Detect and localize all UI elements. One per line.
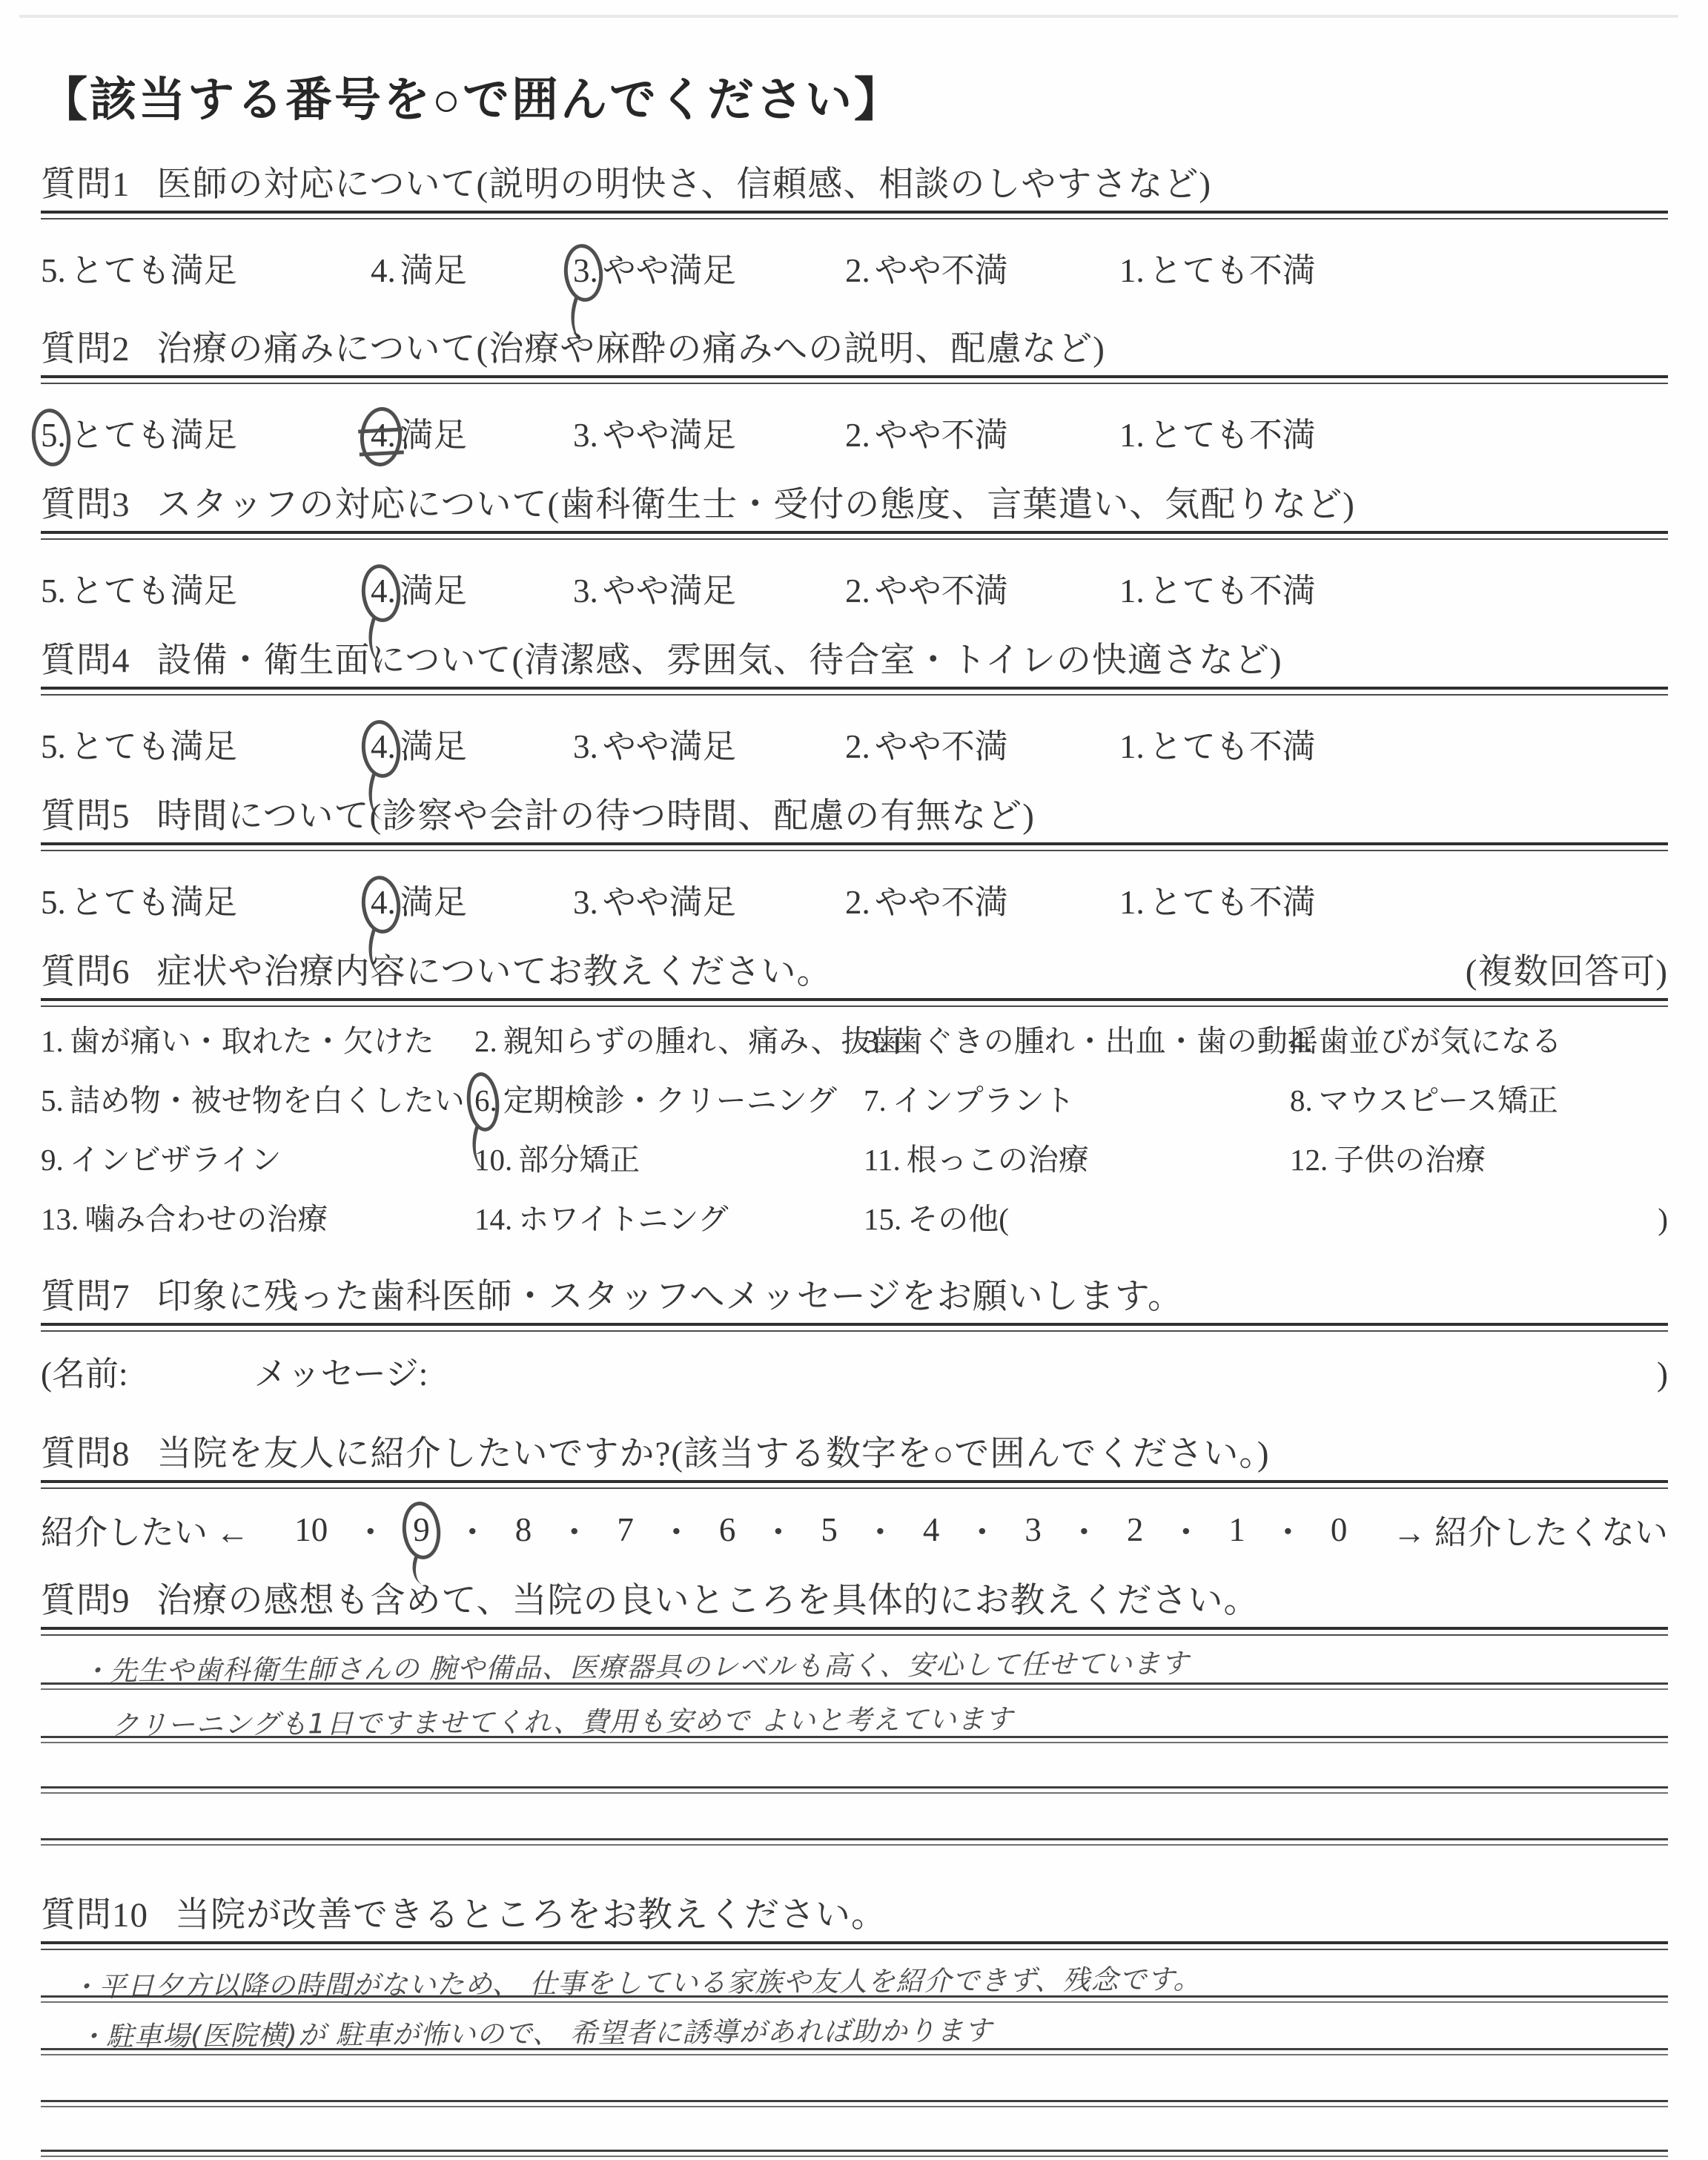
question-block-6: 質問6 症状や治療内容についてお教えください。 (複数回答可) 1.歯が痛い・取… bbox=[41, 952, 1668, 1235]
option-label: 詰め物・被せ物を白くしたい bbox=[70, 1083, 465, 1117]
divider-line bbox=[41, 1627, 1668, 1636]
question-header: 質問9 治療の感想も含めて、当院の良いところを具体的にお教えください。 bbox=[41, 1581, 1668, 1621]
option-very-satisfied: 5.とても満足 bbox=[41, 719, 237, 767]
option-number: 1. bbox=[1119, 883, 1145, 922]
option-number: 6. bbox=[474, 1084, 497, 1117]
answer-options-row: 5.とても満足 4.満足 3.やや満足 2.やや不満 1.とても不満 bbox=[41, 865, 1668, 939]
option-label: とても満足 bbox=[70, 252, 237, 289]
option-number: 2. bbox=[845, 251, 870, 290]
option-label: やや不満 bbox=[875, 572, 1008, 610]
option-number: 5. bbox=[41, 251, 66, 290]
option-satisfied: 4.満足 bbox=[371, 875, 467, 923]
option-number: 2. bbox=[845, 883, 870, 922]
question-header: 質問2 治療の痛みについて(治療や麻酔の痛みへの説明、配慮など) bbox=[41, 329, 1668, 369]
option-number: 5. bbox=[41, 416, 66, 455]
other-close-paren: ) bbox=[1658, 1203, 1668, 1235]
writing-line bbox=[41, 2150, 1668, 2157]
symptom-option: 5.詰め物・被せ物を白くしたい bbox=[41, 1084, 474, 1117]
option-satisfied: 4.満足 bbox=[371, 719, 467, 767]
option-very-dissatisfied: 1.とても不満 bbox=[1119, 719, 1316, 767]
symptom-option: 6.定期検診・クリーニング bbox=[474, 1084, 864, 1117]
option-very-dissatisfied: 1.とても不満 bbox=[1119, 564, 1316, 612]
answer-options-row: 5.とても満足 4.満足 3.やや満足 2.やや不満 1.とても不満 bbox=[41, 233, 1668, 307]
question-label: 質問2 bbox=[41, 329, 130, 369]
option-very-satisfied: 5.とても満足 bbox=[41, 564, 237, 612]
question-header: 質問8 当院を友人に紹介したいですか?(該当する数字を○で囲んでください。) bbox=[41, 1434, 1668, 1474]
scale-separator: ・ bbox=[1271, 1505, 1305, 1553]
scale-number: 1 bbox=[1228, 1510, 1245, 1549]
question-label: 質問3 bbox=[41, 485, 130, 525]
scale-separator: ・ bbox=[965, 1505, 999, 1553]
writing-line bbox=[41, 2048, 1668, 2055]
symptom-option: 9.インビザライン bbox=[41, 1143, 474, 1176]
option-number: 1. bbox=[1119, 251, 1145, 290]
question-block-5: 質問5 時間について(診察や会計の待つ時間、配慮の有無など) 5.とても満足 4… bbox=[41, 796, 1668, 939]
option-somewhat-dissatisfied: 2.やや不満 bbox=[845, 243, 1008, 291]
option-number: 13. bbox=[41, 1203, 79, 1235]
question-block-10: 質問10 当院が改善できるところをお教えください。 ・平日夕方以降の時間がないた… bbox=[41, 1895, 1668, 2160]
close-paren: ) bbox=[1657, 1355, 1668, 1393]
question-title: 治療の痛みについて(治療や麻酔の痛みへの説明、配慮など) bbox=[157, 329, 1105, 369]
option-label: 歯が痛い・取れた・欠けた bbox=[70, 1024, 434, 1058]
scale-number: 2 bbox=[1127, 1510, 1144, 1549]
symptom-option: 8.マウスピース矯正 bbox=[1290, 1084, 1668, 1117]
recommend-scale: 10・ 9・ 8・ 7・ 6・ 5・ 4・ 3・ 2・ 1・ 0 bbox=[268, 1505, 1373, 1553]
option-number: 2. bbox=[845, 572, 870, 610]
writing-line bbox=[41, 1995, 1668, 2003]
option-label: とても不満 bbox=[1149, 417, 1316, 454]
scale-number: 4 bbox=[923, 1510, 940, 1549]
option-number: 4. bbox=[371, 727, 396, 766]
question-title: 当院を友人に紹介したいですか?(該当する数字を○で囲んでください。) bbox=[157, 1434, 1270, 1474]
option-label: 噛み合わせの治療 bbox=[85, 1202, 328, 1236]
writing-line bbox=[41, 2100, 1668, 2107]
option-label: やや不満 bbox=[875, 884, 1008, 921]
multi-answer-note: (複数回答可) bbox=[1466, 952, 1668, 992]
question-block-9: 質問9 治療の感想も含めて、当院の良いところを具体的にお教えください。 ・先生や… bbox=[41, 1581, 1668, 1858]
divider-line bbox=[41, 1323, 1668, 1332]
question-title: 医師の対応について(説明の明快さ、信頼感、相談のしやすさなど) bbox=[157, 165, 1211, 205]
symptom-option: 10.部分矯正 bbox=[474, 1143, 864, 1176]
option-number: 4. bbox=[371, 416, 396, 455]
option-label: 満足 bbox=[400, 252, 467, 289]
question-label: 質問8 bbox=[41, 1434, 130, 1474]
question-block-8: 質問8 当院を友人に紹介したいですか?(該当する数字を○で囲んでください。) 紹… bbox=[41, 1434, 1668, 1553]
question-block-7: 質問7 印象に残った歯科医師・スタッフへメッセージをお願いします。 (名前: メ… bbox=[41, 1277, 1668, 1395]
divider-line bbox=[41, 531, 1668, 540]
symptom-option-other: 15.その他() bbox=[864, 1203, 1668, 1235]
writing-line bbox=[41, 1786, 1668, 1794]
symptom-options-grid: 1.歯が痛い・取れた・欠けた 2.親知らずの腫れ、痛み、抜歯 3.歯ぐきの腫れ・… bbox=[41, 1025, 1668, 1235]
option-very-satisfied: 5.とても満足 bbox=[41, 243, 237, 291]
option-label: やや不満 bbox=[875, 417, 1008, 454]
option-label: 根っこの治療 bbox=[907, 1143, 1089, 1177]
scale-separator: ・ bbox=[354, 1505, 387, 1553]
option-number: 5. bbox=[41, 883, 66, 922]
option-number: 3. bbox=[573, 416, 598, 455]
option-label: とても不満 bbox=[1149, 252, 1316, 289]
question-block-4: 質問4 設備・衛生面について(清潔感、雰囲気、待合室・トイレの快適さなど) 5.… bbox=[41, 641, 1668, 783]
symptom-option: 1.歯が痛い・取れた・欠けた bbox=[41, 1025, 474, 1057]
option-number: 11. bbox=[864, 1143, 901, 1176]
option-label: とても満足 bbox=[70, 417, 237, 454]
scale-number: 6 bbox=[719, 1510, 736, 1549]
question-header: 質問4 設備・衛生面について(清潔感、雰囲気、待合室・トイレの快適さなど) bbox=[41, 641, 1668, 681]
option-label: その他( bbox=[907, 1202, 1009, 1236]
scale-number: 9 bbox=[413, 1510, 430, 1549]
option-number: 8. bbox=[1290, 1084, 1313, 1117]
option-somewhat-dissatisfied: 2.やや不満 bbox=[845, 875, 1008, 923]
question-title: 設備・衛生面について(清潔感、雰囲気、待合室・トイレの快適さなど) bbox=[157, 641, 1282, 681]
question-title: 印象に残った歯科医師・スタッフへメッセージをお願いします。 bbox=[157, 1277, 1183, 1317]
answer-options-row: 5.とても満足 4.満足 3.やや満足 2.やや不満 1.とても不満 bbox=[41, 397, 1668, 472]
option-number: 5. bbox=[41, 727, 66, 766]
option-label: やや満足 bbox=[603, 417, 736, 454]
question-header: 質問6 症状や治療内容についてお教えください。 (複数回答可) bbox=[41, 952, 1668, 992]
question-title: スタッフの対応について(歯科衛生士・受付の態度、言葉遣い、気配りなど) bbox=[157, 485, 1355, 525]
question-label: 質問5 bbox=[41, 796, 130, 836]
answer-options-row: 5.とても満足 4.満足 3.やや満足 2.やや不満 1.とても不満 bbox=[41, 709, 1668, 783]
divider-line bbox=[41, 1941, 1668, 1950]
scan-edge-line bbox=[19, 15, 1678, 18]
symptom-option: 12.子供の治療 bbox=[1290, 1143, 1668, 1176]
option-label: マウスピース矯正 bbox=[1319, 1083, 1558, 1117]
option-number: 14. bbox=[474, 1203, 512, 1235]
option-label: やや満足 bbox=[603, 884, 736, 921]
divider-line bbox=[41, 998, 1668, 1007]
divider-line bbox=[41, 1480, 1668, 1489]
scale-right-label: → 紹介したくない bbox=[1393, 1505, 1668, 1553]
option-satisfied: 4.満足 bbox=[371, 408, 467, 456]
question-header: 質問1 医師の対応について(説明の明快さ、信頼感、相談のしやすさなど) bbox=[41, 165, 1668, 205]
scale-number: 0 bbox=[1331, 1510, 1348, 1549]
option-label: やや満足 bbox=[603, 728, 736, 765]
option-very-dissatisfied: 1.とても不満 bbox=[1119, 408, 1316, 456]
symptom-option: 11.根っこの治療 bbox=[864, 1143, 1290, 1176]
message-entry-row: (名前: メッセージ: ) bbox=[41, 1347, 1668, 1395]
scale-separator: ・ bbox=[864, 1505, 897, 1553]
symptom-option: 14.ホワイトニング bbox=[474, 1203, 864, 1235]
message-field-label: メッセージ: bbox=[254, 1347, 428, 1395]
option-somewhat-satisfied: 3.やや満足 bbox=[573, 719, 736, 767]
divider-line bbox=[41, 842, 1668, 851]
option-very-dissatisfied: 1.とても不満 bbox=[1119, 875, 1316, 923]
divider-line bbox=[41, 375, 1668, 384]
option-label: 子供の治療 bbox=[1334, 1143, 1486, 1177]
question-label: 質問6 bbox=[41, 952, 130, 992]
option-label: やや満足 bbox=[603, 572, 736, 610]
option-somewhat-dissatisfied: 2.やや不満 bbox=[845, 408, 1008, 456]
option-label: インビザライン bbox=[70, 1143, 282, 1177]
option-number: 3. bbox=[864, 1025, 887, 1057]
option-label: とても不満 bbox=[1149, 728, 1316, 765]
option-label: 歯ぐきの腫れ・出血・歯の動揺 bbox=[893, 1024, 1318, 1058]
option-very-satisfied: 5.とても満足 bbox=[41, 408, 237, 456]
option-label: やや満足 bbox=[603, 252, 736, 289]
option-number: 15. bbox=[864, 1203, 901, 1235]
free-answer-area: ・平日夕方以降の時間がないため、 仕事をしている家族や友人を紹介できず、残念です… bbox=[41, 1950, 1668, 2160]
page-title: 【該当する番号を○で囲んでください】 bbox=[41, 62, 903, 130]
scale-number: 7 bbox=[617, 1510, 634, 1549]
name-field-label: (名前: bbox=[41, 1347, 128, 1395]
question-title: 時間について(診察や会計の待つ時間、配慮の有無など) bbox=[157, 796, 1035, 836]
option-number: 3. bbox=[573, 572, 598, 610]
option-number: 2. bbox=[845, 727, 870, 766]
scale-separator: ・ bbox=[660, 1505, 693, 1553]
option-number: 5. bbox=[41, 1084, 64, 1117]
recommend-scale-row: 紹介したい ← 10・ 9・ 8・ 7・ 6・ 5・ 4・ 3・ 2・ 1・ 0… bbox=[41, 1505, 1668, 1553]
scale-left-label: 紹介したい ← bbox=[41, 1505, 249, 1553]
symptom-option: 2.親知らずの腫れ、痛み、抜歯 bbox=[474, 1025, 864, 1057]
option-very-dissatisfied: 1.とても不満 bbox=[1119, 243, 1316, 291]
scale-separator: ・ bbox=[1067, 1505, 1101, 1553]
question-block-1: 質問1 医師の対応について(説明の明快さ、信頼感、相談のしやすさなど) 5.とて… bbox=[41, 165, 1668, 307]
option-number: 3. bbox=[573, 883, 598, 922]
option-number: 3. bbox=[573, 727, 598, 766]
scale-number: 10 bbox=[294, 1510, 328, 1549]
option-label: ホワイトニング bbox=[518, 1202, 728, 1236]
option-label: とても満足 bbox=[70, 572, 237, 610]
question-block-3: 質問3 スタッフの対応について(歯科衛生士・受付の態度、言葉遣い、気配りなど) … bbox=[41, 485, 1668, 627]
option-label: やや不満 bbox=[875, 728, 1008, 765]
scale-number: 3 bbox=[1025, 1510, 1042, 1549]
option-label: とても不満 bbox=[1149, 572, 1316, 610]
option-number: 1. bbox=[1119, 416, 1145, 455]
divider-line bbox=[41, 211, 1668, 219]
option-number: 9. bbox=[41, 1143, 64, 1176]
divider-line bbox=[41, 687, 1668, 696]
option-very-satisfied: 5.とても満足 bbox=[41, 875, 237, 923]
option-somewhat-satisfied: 3.やや満足 bbox=[573, 408, 736, 456]
option-somewhat-dissatisfied: 2.やや不満 bbox=[845, 564, 1008, 612]
option-label: とても満足 bbox=[70, 884, 237, 921]
option-somewhat-satisfied: 3.やや満足 bbox=[573, 243, 736, 291]
question-header: 質問10 当院が改善できるところをお教えください。 bbox=[41, 1895, 1668, 1935]
free-answer-area: ・先生や歯科衛生師さんの 腕や備品、医療器具のレベルも高く、安心して任せています… bbox=[41, 1636, 1668, 1858]
question-title: 当院が改善できるところをお教えください。 bbox=[175, 1895, 887, 1935]
writing-line bbox=[41, 1736, 1668, 1743]
question-label: 質問10 bbox=[41, 1895, 148, 1935]
option-number: 2. bbox=[474, 1025, 497, 1057]
option-number: 10. bbox=[474, 1143, 512, 1176]
option-label: 満足 bbox=[400, 728, 467, 765]
option-somewhat-satisfied: 3.やや満足 bbox=[573, 564, 736, 612]
scale-separator: ・ bbox=[761, 1505, 795, 1553]
option-number: 1. bbox=[1119, 572, 1145, 610]
option-number: 4. bbox=[371, 883, 396, 922]
option-number: 3. bbox=[573, 251, 598, 290]
scanned-survey-sheet: 【該当する番号を○で囲んでください】 質問1 医師の対応について(説明の明快さ、… bbox=[0, 0, 1708, 2160]
scale-number: 5 bbox=[821, 1510, 838, 1549]
option-number: 5. bbox=[41, 572, 66, 610]
writing-line bbox=[41, 1682, 1668, 1690]
symptom-option: 3.歯ぐきの腫れ・出血・歯の動揺 bbox=[864, 1025, 1290, 1057]
option-number: 4. bbox=[371, 251, 396, 290]
question-header: 質問3 スタッフの対応について(歯科衛生士・受付の態度、言葉遣い、気配りなど) bbox=[41, 485, 1668, 525]
question-label: 質問4 bbox=[41, 641, 130, 681]
option-label: 部分矯正 bbox=[518, 1143, 640, 1177]
question-title: 治療の感想も含めて、当院の良いところを具体的にお教えください。 bbox=[157, 1581, 1260, 1621]
handwritten-answer: ・駐車場(医院横)が 駐車が怖いので、 希望者に誘導があれば助かります bbox=[78, 2008, 993, 2055]
question-block-2: 質問2 治療の痛みについて(治療や麻酔の痛みへの説明、配慮など) 5.とても満足… bbox=[41, 329, 1668, 472]
answer-options-row: 5.とても満足 4.満足 3.やや満足 2.やや不満 1.とても不満 bbox=[41, 553, 1668, 627]
option-label: とても不満 bbox=[1149, 884, 1316, 921]
option-number: 4. bbox=[1290, 1025, 1313, 1057]
symptom-option: 4.歯並びが気になる bbox=[1290, 1025, 1668, 1057]
handwritten-answer: ・先生や歯科衛生師さんの 腕や備品、医療器具のレベルも高く、安心して任せています bbox=[82, 1641, 1189, 1688]
option-label: インプラント bbox=[893, 1083, 1075, 1117]
scale-separator: ・ bbox=[557, 1505, 591, 1553]
option-label: 満足 bbox=[400, 417, 467, 454]
option-label: 定期検診・クリーニング bbox=[503, 1083, 837, 1117]
option-number: 1. bbox=[41, 1025, 64, 1057]
option-satisfied: 4.満足 bbox=[371, 243, 467, 291]
option-label: 満足 bbox=[400, 884, 467, 921]
scale-separator: ・ bbox=[456, 1505, 489, 1553]
question-header: 質問7 印象に残った歯科医師・スタッフへメッセージをお願いします。 bbox=[41, 1277, 1668, 1317]
question-label: 質問1 bbox=[41, 165, 130, 205]
option-label: 歯並びが気になる bbox=[1319, 1024, 1562, 1058]
question-label: 質問9 bbox=[41, 1581, 130, 1621]
option-satisfied: 4.満足 bbox=[371, 564, 467, 612]
option-number: 12. bbox=[1290, 1143, 1328, 1176]
option-label: 親知らずの腫れ、痛み、抜歯 bbox=[503, 1024, 902, 1058]
symptom-option: 13.噛み合わせの治療 bbox=[41, 1203, 474, 1235]
option-label: やや不満 bbox=[875, 252, 1008, 289]
option-somewhat-satisfied: 3.やや満足 bbox=[573, 875, 736, 923]
option-label: 満足 bbox=[400, 572, 467, 610]
option-number: 1. bbox=[1119, 727, 1145, 766]
option-somewhat-dissatisfied: 2.やや不満 bbox=[845, 719, 1008, 767]
option-number: 2. bbox=[845, 416, 870, 455]
option-label: とても満足 bbox=[70, 728, 237, 765]
option-number: 7. bbox=[864, 1084, 887, 1117]
question-header: 質問5 時間について(診察や会計の待つ時間、配慮の有無など) bbox=[41, 796, 1668, 836]
question-label: 質問7 bbox=[41, 1277, 130, 1317]
option-number: 4. bbox=[371, 572, 396, 610]
symptom-option: 7.インプラント bbox=[864, 1084, 1290, 1117]
scale-number: 8 bbox=[515, 1510, 532, 1549]
question-title: 症状や治療内容についてお教えください。 bbox=[157, 952, 833, 992]
scale-separator: ・ bbox=[1169, 1505, 1202, 1553]
writing-line bbox=[41, 1838, 1668, 1846]
